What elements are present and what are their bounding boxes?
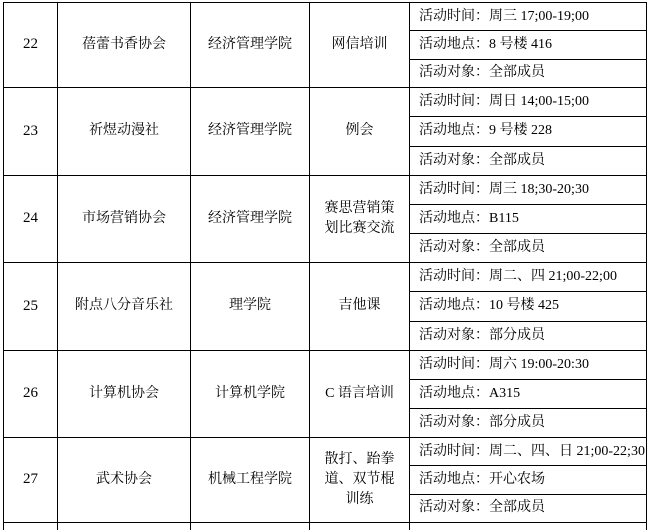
activity-place-label: 活动地点： [419, 470, 489, 490]
table-row: 27 武术协会 机械工程学院 散打、跆拳道、双节棍训练 活动时间：周二、四、日 … [4, 438, 647, 523]
activity-place-value: 开心农场 [489, 470, 545, 490]
activity-time-value: 周二、四 21;00-22;00 [489, 267, 617, 287]
activity-time-value: 周三 18;30-20;30 [489, 180, 589, 200]
activity-time-value: 周二、四、日 21;00-22;30 [489, 442, 645, 462]
activity-place: 活动地点：8 号楼 416 [410, 30, 646, 58]
activity-time-label: 活动时间： [419, 267, 489, 287]
activity-audience-label: 活动对象： [419, 63, 489, 83]
activity-place-label: 活动地点： [419, 296, 489, 316]
table-row-clipped [4, 523, 647, 530]
club-name: 附点八分音乐社 [58, 263, 191, 350]
activity-details: 活动时间：周二、四、日 21;00-22;30 活动地点：开心农场 活动对象：全… [410, 438, 647, 522]
activity-details: 活动时间：周二、四 21;00-22;00 活动地点：10 号楼 425 活动对… [410, 263, 647, 350]
activity-audience: 活动对象：全部成员 [410, 233, 646, 262]
activity-time-label: 活动时间： [419, 442, 489, 462]
college-name [191, 523, 310, 530]
club-name: 市场营销协会 [58, 176, 191, 262]
activity-audience: 活动对象：部分成员 [410, 408, 646, 437]
table-row: 23 祈煜动漫社 经济管理学院 例会 活动时间：周日 14;00-15;00 活… [4, 88, 647, 176]
activity-time: 活动时间：周日 14;00-15;00 [410, 88, 646, 116]
activity-details: 活动时间：周六 19:00-20:30 活动地点：A315 活动对象：部分成员 [410, 351, 647, 437]
row-number: 26 [4, 351, 58, 437]
activity-place: 活动地点：B115 [410, 204, 646, 233]
row-number: 24 [4, 176, 58, 262]
row-number: 27 [4, 438, 58, 522]
activity-place-label: 活动地点： [419, 121, 489, 141]
activity-place-label: 活动地点： [419, 384, 489, 404]
activity-time-value: 周三 17;00-19;00 [489, 7, 589, 27]
activity-name: C 语言培训 [310, 351, 410, 437]
activity-place-value: B115 [489, 209, 519, 229]
table-row: 24 市场营销协会 经济管理学院 赛思营销策划比赛交流 活动时间：周三 18;3… [4, 176, 647, 263]
row-number: 22 [4, 3, 58, 87]
club-activity-table-page: 22 蓓蕾书香协会 经济管理学院 网信培训 活动时间：周三 17;00-19;0… [0, 0, 653, 530]
activity-time-value: 周日 14;00-15;00 [489, 92, 589, 112]
activity-time: 活动时间：周三 17;00-19;00 [410, 3, 646, 30]
activity-details [410, 523, 647, 530]
activity-time: 活动时间：周二、四 21;00-22;00 [410, 263, 646, 291]
row-number [4, 523, 58, 530]
activity-place-value: 10 号楼 425 [489, 296, 559, 316]
table-row: 26 计算机协会 计算机学院 C 语言培训 活动时间：周六 19:00-20:3… [4, 351, 647, 438]
activity-audience: 活动对象：全部成员 [410, 59, 646, 87]
activity-time-value: 周六 19:00-20:30 [489, 355, 589, 375]
activity-time: 活动时间：周三 18;30-20;30 [410, 176, 646, 204]
activity-audience: 活动对象：全部成员 [410, 494, 646, 522]
activity-place: 活动地点：9 号楼 228 [410, 116, 646, 145]
college-name: 计算机学院 [191, 351, 310, 437]
activity-time-label: 活动时间： [419, 355, 489, 375]
activity-audience-label: 活动对象： [419, 238, 489, 258]
club-name: 蓓蕾书香协会 [58, 3, 191, 87]
activity-place-label: 活动地点： [419, 209, 489, 229]
activity-audience: 活动对象：部分成员 [410, 321, 646, 350]
activity-name [310, 523, 410, 530]
activity-name: 散打、跆拳道、双节棍训练 [310, 438, 410, 522]
activity-name: 例会 [310, 88, 410, 175]
activity-place: 活动地点：开心农场 [410, 465, 646, 493]
activity-audience-label: 活动对象： [419, 413, 489, 433]
activity-place-label: 活动地点： [419, 35, 489, 55]
activity-audience-label: 活动对象： [419, 151, 489, 171]
activity-audience: 活动对象：全部成员 [410, 146, 646, 175]
college-name: 经济管理学院 [191, 176, 310, 262]
college-name: 经济管理学院 [191, 88, 310, 175]
activity-details: 活动时间：周三 18;30-20;30 活动地点：B115 活动对象：全部成员 [410, 176, 647, 262]
table-row: 25 附点八分音乐社 理学院 吉他课 活动时间：周二、四 21;00-22;00… [4, 263, 647, 351]
college-name: 理学院 [191, 263, 310, 350]
activity-time: 活动时间：周二、四、日 21;00-22;30 [410, 438, 646, 465]
activity-place: 活动地点：A315 [410, 379, 646, 408]
activity-time-label: 活动时间： [419, 7, 489, 27]
activity-place-value: 9 号楼 228 [489, 121, 552, 141]
club-name [58, 523, 191, 530]
activity-details: 活动时间：周日 14;00-15;00 活动地点：9 号楼 228 活动对象：全… [410, 88, 647, 175]
activity-audience-label: 活动对象： [419, 498, 489, 518]
activity-audience-value: 部分成员 [489, 326, 545, 346]
activity-name: 吉他课 [310, 263, 410, 350]
activity-name: 网信培训 [310, 3, 410, 87]
activity-time-label: 活动时间： [419, 180, 489, 200]
club-name: 计算机协会 [58, 351, 191, 437]
college-name: 机械工程学院 [191, 438, 310, 522]
table-row: 22 蓓蕾书香协会 经济管理学院 网信培训 活动时间：周三 17;00-19;0… [4, 3, 647, 88]
activity-name: 赛思营销策划比赛交流 [310, 176, 410, 262]
club-activity-table: 22 蓓蕾书香协会 经济管理学院 网信培训 活动时间：周三 17;00-19;0… [3, 2, 647, 530]
activity-time-label: 活动时间： [419, 92, 489, 112]
activity-place-value: 8 号楼 416 [489, 35, 552, 55]
activity-place: 活动地点：10 号楼 425 [410, 291, 646, 320]
activity-audience-value: 全部成员 [489, 151, 545, 171]
activity-audience-value: 部分成员 [489, 413, 545, 433]
activity-audience-value: 全部成员 [489, 498, 545, 518]
row-number: 23 [4, 88, 58, 175]
college-name: 经济管理学院 [191, 3, 310, 87]
activity-time: 活动时间：周六 19:00-20:30 [410, 351, 646, 379]
activity-audience-label: 活动对象： [419, 326, 489, 346]
row-number: 25 [4, 263, 58, 350]
activity-audience-value: 全部成员 [489, 63, 545, 83]
club-name: 祈煜动漫社 [58, 88, 191, 175]
activity-details: 活动时间：周三 17;00-19;00 活动地点：8 号楼 416 活动对象：全… [410, 3, 647, 87]
activity-audience-value: 全部成员 [489, 238, 545, 258]
club-name: 武术协会 [58, 438, 191, 522]
activity-place-value: A315 [489, 384, 520, 404]
